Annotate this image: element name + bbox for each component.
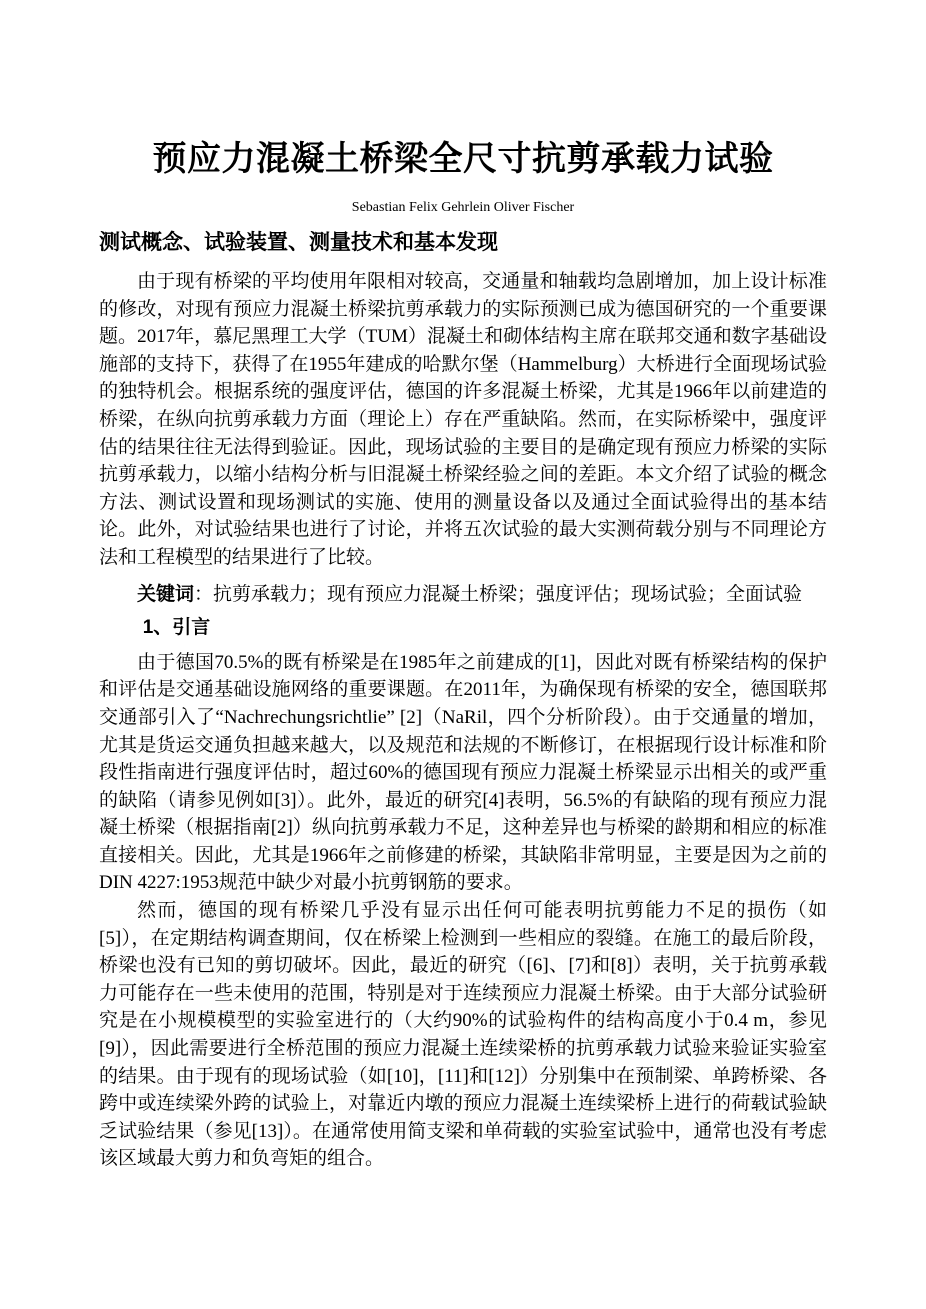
introduction-section-heading: 1、引言: [99, 614, 827, 642]
abstract-section-heading: 测试概念、试验装置、测量技术和基本发现: [99, 229, 827, 256]
keywords-label: 关键词: [137, 584, 194, 605]
introduction-paragraph-1: 由于德国70.5%的既有桥梁是在1985年之前建成的[1]，因此对既有桥梁结构的…: [99, 649, 827, 897]
abstract-paragraph: 由于现有桥梁的平均使用年限相对较高，交通量和轴载均急剧增加，加上设计标准的修改，…: [99, 268, 827, 572]
author-line: Sebastian Felix Gehrlein Oliver Fischer: [99, 199, 827, 216]
paper-title: 预应力混凝土桥梁全尺寸抗剪承载力试验: [99, 136, 827, 182]
keywords-line: 关键词：抗剪承载力；现有预应力混凝土桥梁；强度评估；现场试验；全面试验: [99, 581, 827, 609]
introduction-paragraph-2: 然而，德国的现有桥梁几乎没有显示出任何可能表明抗剪能力不足的损伤（如[5]），在…: [99, 897, 827, 1173]
document-page: 预应力混凝土桥梁全尺寸抗剪承载力试验 Sebastian Felix Gehrl…: [0, 0, 926, 1309]
keywords-text: ：抗剪承载力；现有预应力混凝土桥梁；强度评估；现场试验；全面试验: [194, 584, 802, 605]
